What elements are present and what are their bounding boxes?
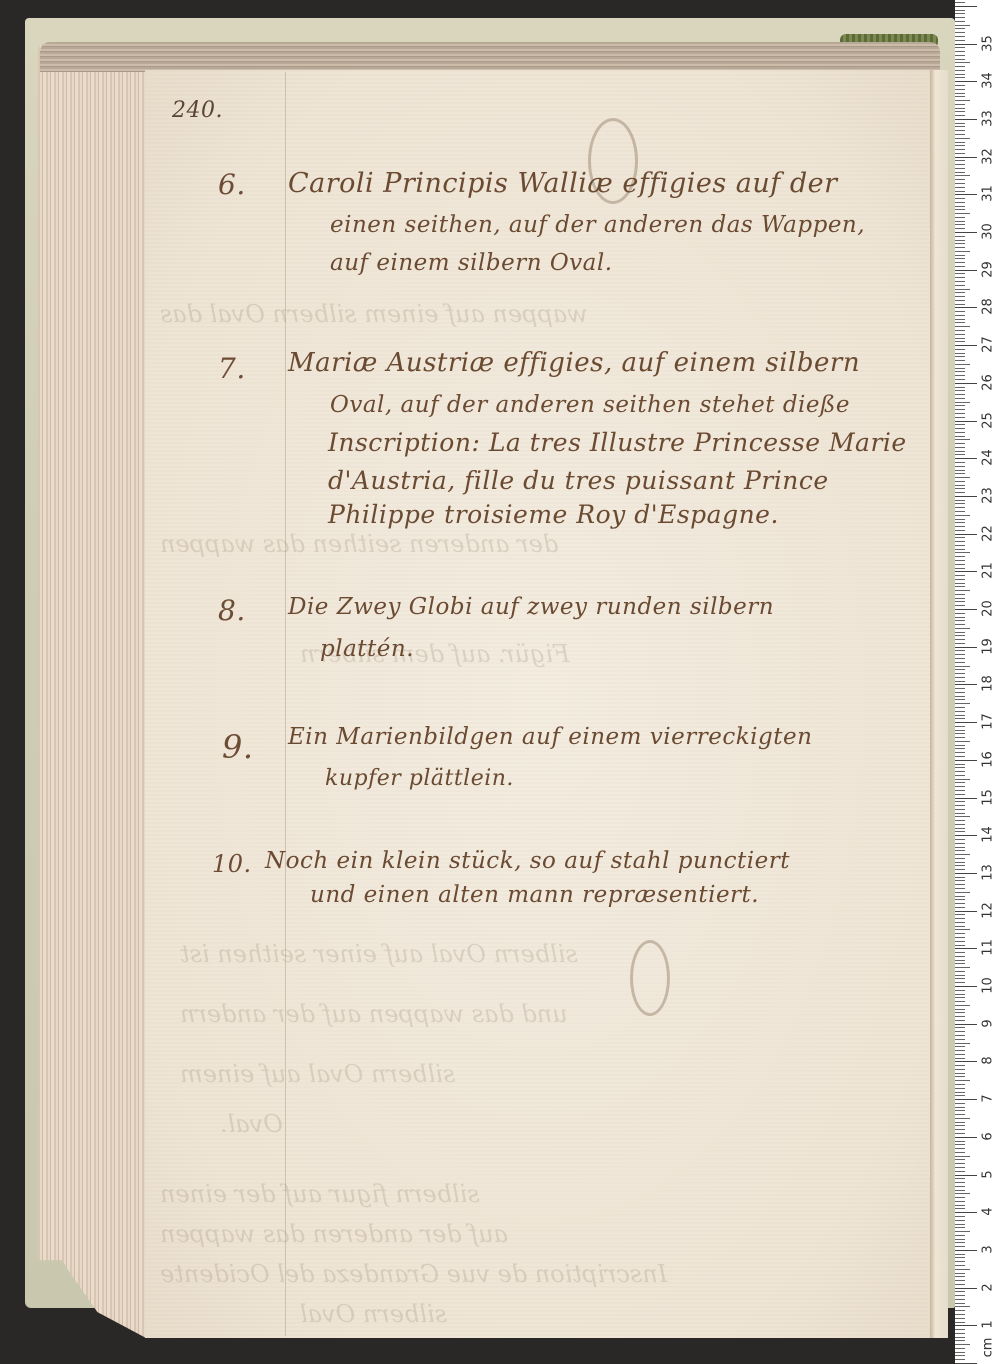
ruler-tick [955,74,965,75]
ruler-tick [955,850,965,851]
ruler-tick [955,25,970,26]
ruler-tick [955,877,965,878]
ruler-tick [955,255,965,256]
ruler-tick [955,85,965,86]
ruler-tick [955,247,965,248]
ruler-tick [955,1054,965,1055]
ruler-cm-label: 14 [981,824,996,846]
ruler-tick [955,36,965,37]
ruler-tick [955,858,965,859]
ruler-tick [955,330,965,331]
ruler-tick [955,70,965,71]
ruler-tick [955,530,965,531]
ruler-tick [955,338,965,339]
ruler-tick [955,251,970,252]
bleed-through-text: silbern Oval auf einem [180,1060,455,1088]
ruler-cm-label: 1 [981,1314,996,1336]
ruler-tick [955,771,965,772]
ruler-tick [955,632,965,633]
ruler-tick [955,345,977,346]
ruler-tick [955,470,965,471]
ruler-tick [955,1220,965,1221]
ruler-tick [955,270,977,271]
entry-line: auf einem silbern Oval. [330,250,613,276]
ruler-tick [955,62,970,63]
ruler-tick [955,707,965,708]
ruler-cm-label: 8 [981,1050,996,1072]
ruler-tick [955,511,965,512]
ruler-tick [955,560,965,561]
ruler-tick [955,948,977,949]
ruler-tick [955,349,965,350]
ruler-tick [955,1110,965,1111]
ruler-cm-label: 11 [981,937,996,959]
ruler-tick [955,647,977,648]
ruler-tick [955,564,965,565]
ruler-tick [955,598,965,599]
ruler-tick [955,371,965,372]
ruler-tick [955,601,965,602]
ruler-tick [955,1159,965,1160]
ruler-tick [955,89,965,90]
ruler-tick [955,1197,965,1198]
ruler-tick [955,847,965,848]
ruler-tick [955,519,965,520]
ruler-tick [955,745,965,746]
ruler-tick [955,104,965,105]
ruler-tick [955,643,965,644]
ruler-tick [955,458,977,459]
ruler-tick [955,824,965,825]
ruler-tick [955,537,965,538]
ruler-tick [955,1092,965,1093]
ruler-tick [955,1065,965,1066]
ruler-tick [955,409,965,410]
ruler-tick [955,364,970,365]
ruler-tick [955,387,965,388]
bleed-through-text: Oval. [220,1110,283,1138]
ruler-tick [955,515,970,516]
ruler-tick [955,941,965,942]
ruler-tick [955,635,965,636]
ruler-tick [955,398,965,399]
ruler-cm-label: 3 [981,1238,996,1260]
ruler-tick [955,1231,970,1232]
ruler-tick [955,1340,965,1341]
ruler-tick [955,81,977,82]
ruler-tick [955,206,965,207]
ruler-tick [955,183,965,184]
ruler-tick [955,1216,965,1217]
ruler-tick [955,503,965,504]
ruler-tick [955,134,965,135]
ruler-tick [955,937,965,938]
ruler-tick [955,405,965,406]
ruler-tick [955,322,965,323]
ruler-tick [955,552,970,553]
ruler-tick [955,1355,965,1356]
ruler-tick [955,986,977,987]
ruler-tick [955,507,965,508]
ruler-tick [955,1171,965,1172]
margin-rule [285,72,286,1336]
ruler-tick [955,1133,965,1134]
entry-number: 8. [218,594,246,627]
ruler-tick [955,198,965,199]
ruler-cm-label: 12 [981,899,996,921]
ruler-tick [955,963,965,964]
ruler-tick [955,1061,977,1062]
ruler-tick [955,360,965,361]
ruler-tick [955,1125,965,1126]
ruler-tick [955,752,965,753]
bleed-through-text: und das wappen auf der andern [180,1000,568,1028]
ruler-cm-label: 26 [981,371,996,393]
ruler-tick [955,688,965,689]
ruler-tick [955,277,965,278]
ruler-tick [955,1137,977,1138]
ruler-cm-label: 22 [981,522,996,544]
ruler-tick [955,157,977,158]
ruler-tick [955,843,965,844]
ruler-tick [955,130,965,131]
ruler-tick [955,703,970,704]
ruler-tick [955,266,965,267]
entry-number: 7. [218,352,246,385]
ruler-tick [955,466,965,467]
ruler-tick [955,356,965,357]
ruler-cm-label: 10 [981,975,996,997]
ruler-tick [955,820,965,821]
ruler-tick [955,153,965,154]
bleed-through-flourish [630,940,670,1016]
ruler-tick [955,13,965,14]
ruler-tick [955,421,977,422]
ruler-tick [955,1118,970,1119]
ruler-tick [955,767,965,768]
ruler-tick [955,1359,965,1360]
ruler-tick [955,1306,970,1307]
ruler-tick [955,447,965,448]
ruler-tick [955,1280,965,1281]
ruler-tick [955,353,965,354]
ruler-tick [955,896,965,897]
ruler-tick [955,677,965,678]
ruler-tick [955,307,977,308]
ruler-tick [955,51,965,52]
ruler-tick [955,654,965,655]
entry-line: kupfer plättlein. [325,766,514,791]
ruler-tick [955,967,970,968]
ruler-tick [955,794,965,795]
entry-line: Caroli Principis Walliæ effigies auf der [288,168,838,199]
ruler-tick [955,1205,965,1206]
ruler-tick [955,285,965,286]
ruler-tick [955,209,965,210]
ruler-tick [955,865,965,866]
ruler-tick [955,1201,965,1202]
ruler-tick [955,296,965,297]
ruler-tick [955,44,977,45]
ruler-tick [955,756,965,757]
ruler-tick [955,1084,965,1085]
ruler-tick [955,1299,965,1300]
ruler-cm-label: 25 [981,409,996,431]
ruler-tick [955,839,965,840]
ruler-tick [955,240,965,241]
ruler-tick [955,1182,965,1183]
ruler-cm-label: 29 [981,258,996,280]
bleed-through-text: silbern Oval auf einer seithen ist [180,940,578,968]
ruler-cm-label: 9 [981,1012,996,1034]
ruler-tick [955,194,977,195]
ruler-tick [955,304,965,305]
ruler-tick [955,971,965,972]
ruler-tick [955,1257,965,1258]
ruler-tick [955,741,970,742]
ruler-tick [955,481,965,482]
ruler-tick [955,613,965,614]
ruler-tick [955,485,965,486]
ruler-tick [955,394,965,395]
ruler-tick [955,1076,965,1077]
ruler-tick [955,617,965,618]
ruler-tick [955,628,970,629]
ruler-tick [955,798,977,799]
ruler-tick [955,605,965,606]
ruler-tick [955,96,965,97]
ruler-tick [955,1273,965,1274]
ruler-tick [955,1265,965,1266]
ruler-tick [955,40,965,41]
ruler-tick [955,831,965,832]
ruler-cm-label: 21 [981,560,996,582]
ruler-tick [955,1186,965,1187]
ruler-tick [955,243,965,244]
ruler-cm-label: 18 [981,673,996,695]
ruler-tick [955,583,965,584]
ruler-tick [955,1303,965,1304]
ruler-tick [955,888,965,889]
ruler-tick [955,100,970,101]
ruler-tick [955,684,977,685]
ruler-tick [955,873,977,874]
ruler-tick [955,775,965,776]
ruler-tick [955,1005,970,1006]
ruler-tick [955,160,965,161]
ruler-tick [955,273,965,274]
ruler-tick [955,556,965,557]
ruler-cm-label: 24 [981,447,996,469]
entry-line: einen seithen, auf der anderen das Wappe… [330,212,865,238]
facing-page-gutter [930,70,948,1338]
ruler-tick [955,956,965,957]
ruler-tick [955,228,965,229]
ruler-tick [955,650,965,651]
ruler-tick [955,869,965,870]
page-stack-fore-edge [38,42,146,1338]
ruler-tick [955,726,965,727]
ruler-tick [955,1144,965,1145]
ruler-tick [955,1129,965,1130]
entry-line: Oval, auf der anderen seithen stehet die… [330,392,850,418]
ruler-tick [955,1103,965,1104]
ruler-cm-label: 2 [981,1276,996,1298]
measurement-ruler: cm 1234567891011121314151617181920212223… [955,0,1000,1364]
ruler-tick [955,93,965,94]
ruler-tick [955,1227,965,1228]
ruler-tick [955,1242,965,1243]
entry-number: 6. [218,168,246,201]
ruler-tick [955,119,977,120]
ruler-cm-label: 20 [981,598,996,620]
ruler-cm-label: 16 [981,748,996,770]
ruler-tick [955,1239,965,1240]
ruler-tick [955,526,965,527]
ruler-tick [955,334,965,335]
ruler-tick [955,111,965,112]
ruler-tick [955,1031,965,1032]
ruler-tick [955,281,965,282]
ruler-tick [955,718,965,719]
ruler-tick [955,1310,965,1311]
ruler-tick [955,202,965,203]
ruler-tick [955,854,970,855]
ruler-tick [955,258,965,259]
ruler-tick [955,32,965,33]
ruler-tick [955,1322,965,1323]
ruler-tick [955,549,965,550]
entry-line: und einen alten mann repræsentiert. [310,882,759,908]
ruler-tick [955,681,965,682]
ruler-tick [955,108,965,109]
ruler-tick [955,1099,977,1100]
ruler-tick [955,175,970,176]
ruler-tick [955,782,965,783]
bleed-through-text: Inscription de vue Grandeza del Ocidente [160,1260,667,1288]
ruler-tick [955,1288,977,1289]
ruler-tick [955,187,965,188]
ruler-tick [955,911,977,912]
ruler-tick [955,1001,965,1002]
entry-line: d'Austria, fille du tres puissant Prince [328,466,829,495]
ruler-tick [955,1152,965,1153]
ruler-tick [955,696,965,697]
entry-line: Noch ein klein stück, so auf stahl punct… [265,848,790,874]
ruler-tick [955,541,965,542]
ruler-tick [955,1043,970,1044]
ruler-tick [955,982,965,983]
ruler-tick [955,884,965,885]
ruler-tick [955,892,970,893]
bleed-through-text: silbern Oval [300,1300,447,1328]
ruler-tick [955,1250,977,1251]
ruler-tick [955,1261,965,1262]
ruler-tick [955,1148,965,1149]
ruler-tick [955,1175,977,1176]
ruler-tick [955,990,965,991]
entry-number: 9. [222,728,254,766]
ruler-tick [955,1027,965,1028]
ruler-cm-label: 13 [981,861,996,883]
ruler-tick [955,975,965,976]
ruler-tick [955,733,965,734]
ruler-tick [955,315,965,316]
ruler-tick [955,138,970,139]
ruler-tick [955,221,965,222]
ruler-cm-label: 32 [981,145,996,167]
ruler-tick [955,77,965,78]
ruler-tick [955,534,977,535]
ruler-tick [955,428,965,429]
ruler-tick [955,571,977,572]
ruler-cm-label: 17 [981,711,996,733]
entry-line: Ein Marienbildgen auf einem vierreckigte… [288,724,812,750]
ruler-tick [955,715,965,716]
ruler-cm-label: 5 [981,1163,996,1185]
ruler-tick [955,899,965,900]
ruler-tick [955,764,965,765]
ruler-tick [955,1348,965,1349]
ruler-tick [955,1088,965,1089]
ruler-tick [955,1141,965,1142]
ruler-tick [955,28,965,29]
ruler-tick [955,816,970,817]
ruler-tick [955,311,965,312]
ruler-tick [955,1193,970,1194]
ruler-tick [955,914,965,915]
ruler-tick [955,1156,970,1157]
ruler-tick [955,522,965,523]
ruler-tick [955,790,965,791]
ruler-tick [955,1224,965,1225]
ruler-tick [955,488,965,489]
ruler-cm-label: 19 [981,635,996,657]
ruler-tick [955,594,965,595]
ruler-tick [955,1318,965,1319]
ruler-tick [955,658,965,659]
ruler-tick [955,590,970,591]
ruler-tick [955,191,965,192]
ruler-tick [955,142,965,143]
ruler-tick [955,862,965,863]
ruler-tick [955,47,965,48]
ruler-tick [955,1039,965,1040]
ruler-tick [955,496,977,497]
ruler-tick [955,319,965,320]
ruler-tick [955,1012,965,1013]
ruler-cm-label: 4 [981,1201,996,1223]
bleed-through-text: wappen auf einem silbern Oval das [160,300,588,328]
ruler-tick [955,620,965,621]
ruler-tick [955,1095,965,1096]
ruler-tick [955,813,965,814]
ruler-tick [955,586,965,587]
ruler-tick [955,300,965,301]
ruler-tick [955,292,965,293]
ruler-tick [955,59,965,60]
ruler-tick [955,960,965,961]
ruler-tick [955,1295,965,1296]
ruler-tick [955,379,965,380]
ruler-cm-label: 6 [981,1125,996,1147]
ruler-tick [955,1333,965,1334]
ruler-tick [955,760,977,761]
ruler-tick [955,402,970,403]
ruler-tick [955,172,965,173]
ruler-tick [955,1167,965,1168]
ruler-tick [955,217,965,218]
